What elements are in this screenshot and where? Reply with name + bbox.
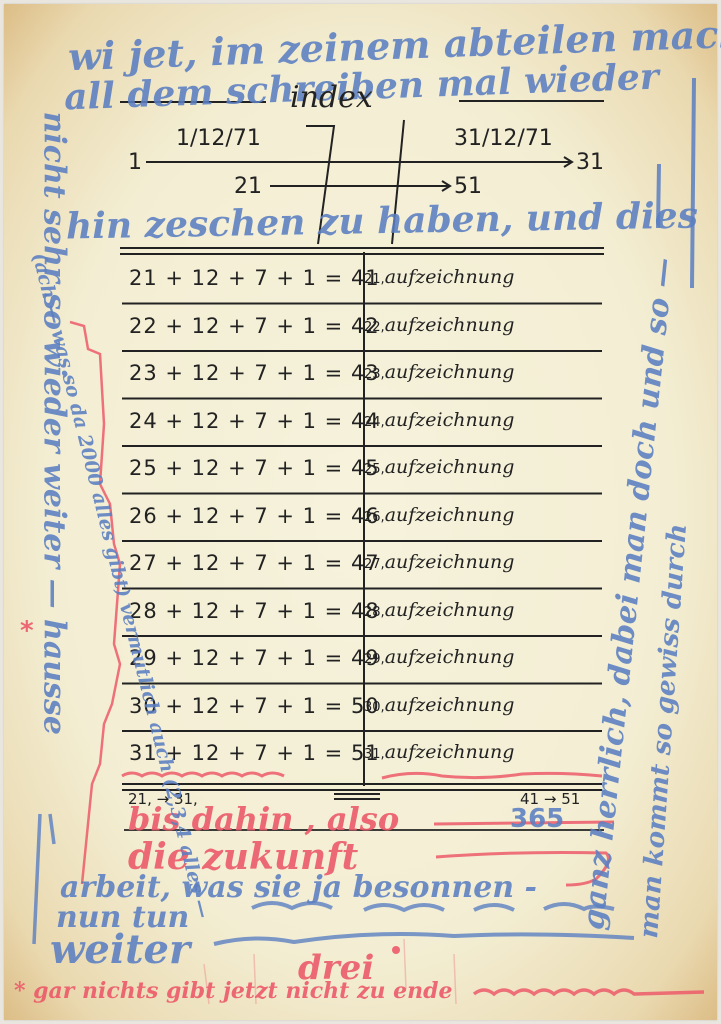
table-row-index: 31,: [364, 747, 385, 762]
table-row-index: 23,: [364, 367, 385, 382]
timeline-line1-end: 31: [576, 150, 604, 175]
timeline-start-date: 1/12/71: [176, 126, 261, 151]
table-row-equation: 29 + 12 + 7 + 1 = 49: [129, 646, 380, 670]
table-row-word: aufzeichnung: [385, 741, 515, 763]
timeline-line1-start: 1: [128, 150, 142, 175]
table-row-index: 27,: [364, 557, 385, 572]
table-row-entry: 23,aufzeichnung: [364, 361, 514, 383]
table-row-equation: 24 + 12 + 7 + 1 = 44: [129, 409, 380, 433]
table-row-index: 24,: [364, 415, 385, 430]
table-row-entry: 31,aufzeichnung: [364, 741, 514, 763]
table-row-equation: 22 + 12 + 7 + 1 = 42: [129, 314, 380, 338]
timeline-line2-start: 21: [234, 174, 262, 199]
table-row-entry: 24,aufzeichnung: [364, 409, 514, 431]
table-row-entry: 28,aufzeichnung: [364, 599, 514, 621]
table-row-word: aufzeichnung: [385, 361, 515, 383]
table-row-entry: 22,aufzeichnung: [364, 314, 514, 336]
left-margin-outer-note: nicht sehr so wieder weiter — hausse: [37, 112, 72, 872]
table-row-index: 29,: [364, 652, 385, 667]
table-row-equation: 23 + 12 + 7 + 1 = 43: [129, 361, 380, 385]
table-row-word: aufzeichnung: [385, 456, 515, 478]
table-row-index: 22,: [364, 320, 385, 335]
table-row-word: aufzeichnung: [385, 646, 515, 668]
timeline-end-date: 31/12/71: [454, 126, 553, 151]
blue-note-bottom-3: weiter: [50, 926, 190, 973]
table-row-equation: 26 + 12 + 7 + 1 = 46: [129, 504, 380, 528]
table-row-index: 25,: [364, 462, 385, 477]
table-row-equation: 27 + 12 + 7 + 1 = 47: [129, 551, 380, 575]
table-row-entry: 21,aufzeichnung: [364, 266, 514, 288]
table-row-entry: 26,aufzeichnung: [364, 504, 514, 526]
blue-number-365: 365: [510, 804, 564, 834]
table-row-index: 21,: [364, 272, 385, 287]
table-row-index: 30,: [364, 700, 385, 715]
table-row-equation: 21 + 12 + 7 + 1 = 41: [129, 266, 380, 290]
table-row-word: aufzeichnung: [385, 314, 515, 336]
table-row-entry: 30,aufzeichnung: [364, 694, 514, 716]
table-row-equation: 25 + 12 + 7 + 1 = 45: [129, 456, 380, 480]
table-row-index: 28,: [364, 605, 385, 620]
table-row-word: aufzeichnung: [385, 694, 515, 716]
timeline-line2-end: 51: [454, 174, 482, 199]
table-row-index: 26,: [364, 510, 385, 525]
table-row-entry: 29,aufzeichnung: [364, 646, 514, 668]
table-row-word: aufzeichnung: [385, 504, 515, 526]
index-heading: index: [290, 80, 373, 115]
table-row-equation: 28 + 12 + 7 + 1 = 48: [129, 599, 380, 623]
table-row-word: aufzeichnung: [385, 599, 515, 621]
red-note-bottom: * gar nichts gibt jetzt nicht zu ende: [14, 978, 452, 1004]
table-row-word: aufzeichnung: [385, 409, 515, 431]
table-row-equation: 30 + 12 + 7 + 1 = 50: [129, 694, 380, 718]
table-row-entry: 25,aufzeichnung: [364, 456, 514, 478]
red-asterisk: *: [20, 616, 34, 646]
manuscript-page: wi jet, im zeinem abteilen mache all dem…: [4, 4, 717, 1020]
table-row-word: aufzeichnung: [385, 266, 515, 288]
table-row-word: aufzeichnung: [385, 551, 515, 573]
table-row-entry: 27,aufzeichnung: [364, 551, 514, 573]
